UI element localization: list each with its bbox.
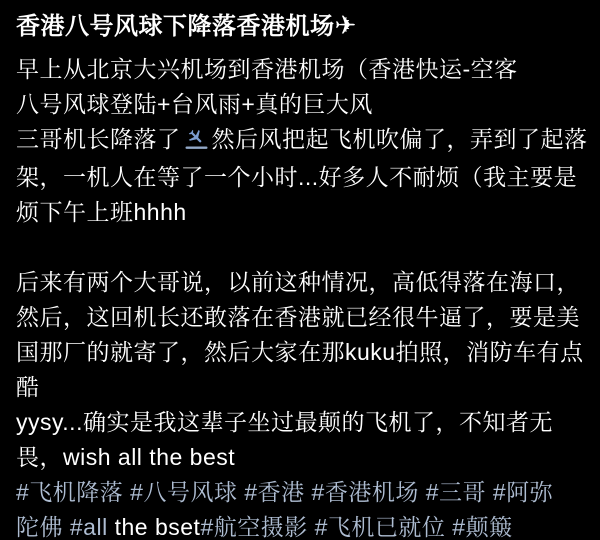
body-line: 八号风球登陆+台风雨+真的巨大风: [16, 87, 584, 122]
body-line: 早上从北京大兴机场到香港机场（香港快运-空客: [16, 52, 584, 87]
body-line: 烦下午上班hhhh: [16, 195, 584, 230]
body-line: 后来有两个大哥说，以前这种情况，高低得落在海口，: [16, 265, 584, 300]
body-line: 畏，wish all the best: [16, 440, 584, 475]
airplane-icon: ✈: [335, 10, 357, 40]
hashtag-line: 陀佛 #all the bset#航空摄影 #飞机已就位 #颠簸: [16, 510, 584, 540]
post-title-text: 香港八号风球下降落香港机场: [16, 13, 335, 40]
hashtag-group[interactable]: 陀佛 #all: [16, 514, 108, 540]
body-line-text: 然后风把起飞机吹偏了，弄到了起落: [212, 126, 588, 152]
body-line: yysy...确实是我这辈子坐过最颠的飞机了，不知者无: [16, 405, 584, 440]
body-line: 架，一机人在等了一个小时...好多人不耐烦（我主要是: [16, 160, 584, 195]
hashtags-block: #飞机降落 #八号风球 #香港 #香港机场 #三哥 #阿弥 陀佛 #all th…: [16, 475, 584, 540]
post-page: 香港八号风球下降落香港机场✈ 早上从北京大兴机场到香港机场（香港快运-空客 八号…: [0, 0, 600, 540]
body-line: 酷: [16, 370, 584, 405]
plane-landing-icon: [182, 125, 211, 160]
hashtag-plain-text: the bset: [108, 514, 201, 540]
body-line: 然后，这回机长还敢落在香港就已经很牛逼了，要是美: [16, 300, 584, 335]
hashtag-line: #飞机降落 #八号风球 #香港 #香港机场 #三哥 #阿弥: [16, 475, 584, 510]
body-line-text: 三哥机长降落了: [16, 126, 181, 152]
hashtag-group[interactable]: #航空摄影 #飞机已就位 #颠簸: [200, 514, 512, 540]
paragraph-1: 早上从北京大兴机场到香港机场（香港快运-空客 八号风球登陆+台风雨+真的巨大风 …: [16, 52, 584, 230]
post-title: 香港八号风球下降落香港机场✈: [16, 8, 584, 44]
blank-line: [16, 230, 584, 265]
paragraph-2: 后来有两个大哥说，以前这种情况，高低得落在海口， 然后，这回机长还敢落在香港就已…: [16, 265, 584, 475]
body-line: 国那厂的就寄了，然后大家在那kuku拍照，消防车有点: [16, 335, 584, 370]
body-line: 三哥机长降落了 然后风把起飞机吹偏了，弄到了起落: [16, 122, 584, 160]
hashtag-group[interactable]: #飞机降落 #八号风球 #香港 #香港机场 #三哥 #阿弥: [16, 479, 553, 505]
post-body: 早上从北京大兴机场到香港机场（香港快运-空客 八号风球登陆+台风雨+真的巨大风 …: [16, 52, 584, 540]
